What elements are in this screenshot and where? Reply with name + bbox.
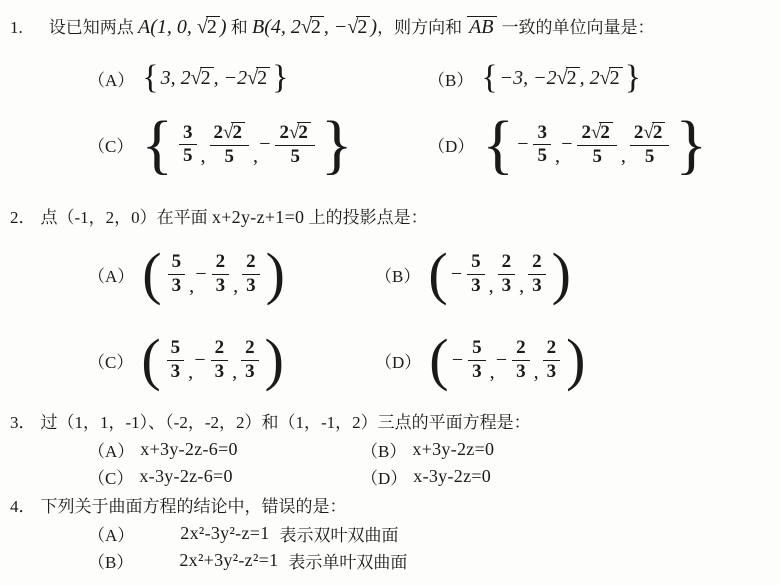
numerator: 5 (168, 252, 186, 275)
denominator: 5 (592, 146, 602, 168)
text-run: 2 (532, 252, 542, 273)
comma: , (253, 145, 258, 168)
option-a-description: 表示双叶双曲面 (280, 521, 399, 546)
text-run: 3 (516, 361, 526, 382)
option-a-equation: x+3y-2z-6=0 (140, 439, 238, 460)
question-1: 1.设已知两点 A(1, 0, √2) 和 B(4, 2√2, −√2)，则方向… (10, 6, 780, 185)
math-run: x+2y-z+1=0 (212, 207, 304, 227)
q2-option-a: （A） (53,−23,23) (88, 248, 375, 300)
math-italic-run: ) (220, 16, 227, 38)
denominator: 3 (472, 361, 482, 383)
option-c-formula: {35,2√25,−2√25} (139, 115, 354, 174)
text-run: 5 (592, 146, 602, 167)
square-root: √2 (223, 122, 245, 144)
fraction: 2√25 (577, 122, 616, 168)
radicand: 2 (231, 122, 245, 143)
big-delimiter: ( (427, 334, 450, 386)
square-root: √2 (600, 67, 623, 90)
option-d-label: （D） (428, 132, 474, 157)
fraction: 53 (167, 338, 185, 383)
numerator: 5 (467, 252, 485, 275)
option-d-label: （D） (375, 348, 421, 373)
question-2-stem-text: 点（-1，2，0）在平面 x+2y-z+1=0 上的投影点是： (41, 208, 428, 227)
q3-option-b: （B） x+3y-2z=0 (361, 437, 494, 462)
option-b-equation: 2x²+3y²-z²=1 (179, 550, 278, 571)
square-root: √2 (591, 122, 613, 144)
question-4-number: 4． (10, 497, 36, 516)
radicand: 2 (297, 122, 311, 143)
square-root: √2 (197, 6, 220, 48)
option-a-formula: (53,−23,23) (140, 248, 287, 300)
big-delimiter: } (270, 63, 290, 94)
numerator: 2√2 (577, 122, 616, 146)
text-run: 上的投影点是： (304, 208, 427, 227)
big-delimiter: } (319, 115, 355, 174)
q3-options-row-1: （A） x+3y-2z-6=0 （B） x+3y-2z=0 (10, 436, 780, 463)
option-b-description: 表示单叶双曲面 (288, 548, 407, 573)
fraction: 2√25 (210, 122, 249, 168)
radicand: 2 (566, 67, 580, 89)
option-c-label: （C） (88, 464, 133, 489)
option-d-equation: x-3y-2z=0 (413, 466, 491, 487)
square-root: √2 (301, 6, 324, 48)
big-delimiter: ) (264, 248, 287, 300)
radicand: 2 (310, 16, 324, 38)
text-run: 3 (471, 275, 481, 296)
q1-option-a: （A） {3, 2√2, −2√2} (88, 63, 428, 94)
comma: , (233, 275, 238, 298)
option-d-formula: (−53,−23,23) (427, 334, 587, 386)
math-italic-run: , 2 (580, 67, 600, 90)
option-b-formula: (−53,23,23) (426, 248, 573, 300)
option-b-label: （B） (361, 437, 406, 462)
big-delimiter: } (623, 63, 643, 94)
fraction: 23 (528, 252, 546, 297)
denominator: 5 (225, 146, 235, 168)
exam-page: 1.设已知两点 A(1, 0, √2) 和 B(4, 2√2, −√2)，则方向… (0, 0, 780, 585)
option-b-formula: {−3, −2√2, 2√2} (479, 63, 643, 94)
question-2-stem: 2．点（-1，2，0）在平面 x+2y-z+1=0 上的投影点是： (10, 203, 780, 232)
numerator: 2 (512, 338, 530, 361)
big-delimiter: { (139, 115, 175, 174)
text-run: 5 (472, 338, 482, 359)
q2-options-row-1: （A） (53,−23,23) （B） (−53,23,23) (10, 236, 780, 312)
big-delimiter: { (480, 115, 516, 174)
square-root: √2 (643, 122, 665, 144)
radicand: 2 (609, 67, 623, 89)
option-a-label: （A） (88, 521, 134, 546)
text-run: 5 (183, 145, 193, 166)
text-run: 5 (645, 146, 655, 167)
question-4-stem: 4．下列关于曲面方程的结论中，错误的是： (10, 494, 780, 520)
math-italic-run: −3, −2 (500, 67, 557, 90)
comma: , (189, 275, 194, 298)
numerator: 2 (242, 252, 260, 275)
option-c-equation: x-3y-2z-6=0 (139, 466, 232, 487)
text-run: 2 (246, 252, 256, 273)
fraction: 53 (168, 252, 186, 297)
numerator: 2 (498, 252, 516, 275)
option-c-formula: (53,−23,23) (139, 334, 286, 386)
square-root: √2 (247, 67, 270, 90)
text-run: 3 (472, 361, 482, 382)
numerator: 3 (533, 123, 551, 146)
q1-options-row-1: （A） {3, 2√2, −2√2} （B） {−3, −2√2, 2√2} (10, 51, 780, 105)
text-run: 5 (537, 145, 547, 166)
math-italic-run: 3, 2 (161, 67, 191, 90)
denominator: 3 (502, 275, 512, 297)
comma: , (534, 361, 539, 384)
text-run: 3 (172, 275, 182, 296)
q1-options-row-2: （C） {35,2√25,−2√25} （D） {−35,−2√25,2√25} (10, 105, 780, 185)
radicand: 2 (599, 122, 613, 143)
big-delimiter: ) (550, 248, 573, 300)
question-3: 3．过（1，1，-1）、（-2，-2，2）和（1，-1，2）三点的平面方程是： … (10, 410, 780, 490)
fraction: 2√25 (630, 122, 669, 168)
math-italic-run: − (450, 263, 464, 286)
q1-option-b: （B） {−3, −2√2, 2√2} (428, 63, 643, 94)
denominator: 3 (532, 275, 542, 297)
big-delimiter: ) (564, 334, 587, 386)
fraction: 2√25 (275, 122, 314, 168)
big-delimiter: ( (426, 248, 449, 300)
option-b-label: （B） (428, 66, 473, 91)
q2-option-c: （C） (53,−23,23) (88, 334, 375, 386)
q1-option-d: （D） {−35,−2√25,2√25} (428, 115, 709, 174)
denominator: 3 (215, 361, 225, 383)
question-1-stem-text: 设已知两点 A(1, 0, √2) 和 B(4, 2√2, −√2)，则方向和A… (49, 18, 655, 37)
square-root: √2 (289, 122, 311, 144)
text-run: 2 (502, 252, 512, 273)
math-italic-run: − (194, 263, 208, 286)
question-2: 2．点（-1，2，0）在平面 x+2y-z+1=0 上的投影点是： （A） (5… (10, 203, 780, 398)
comma: , (555, 145, 560, 168)
question-1-stem: 1.设已知两点 A(1, 0, √2) 和 B(4, 2√2, −√2)，则方向… (10, 6, 780, 49)
text-run: 3 (547, 361, 557, 382)
text-run: 3 (502, 275, 512, 296)
numerator: 2 (211, 338, 229, 361)
text-run: 2 (245, 338, 255, 359)
big-delimiter: ( (139, 334, 162, 386)
comma: , (201, 145, 206, 168)
numerator: 2 (212, 252, 230, 275)
question-1-number: 1. (10, 18, 23, 37)
fraction: 23 (543, 338, 561, 383)
option-a-label: （A） (88, 437, 134, 462)
option-c-label: （C） (88, 132, 133, 157)
denominator: 3 (245, 361, 255, 383)
fraction: 23 (242, 252, 260, 297)
q3-option-c: （C） x-3y-2z-6=0 (88, 464, 361, 489)
numerator: 2 (543, 338, 561, 361)
text-run: 2 (216, 252, 226, 273)
math-italic-run: , −2 (214, 67, 248, 90)
text-run: 过（1，1，-1）、（-2，-2，2）和（1，-1，2）三点的平面方程是： (41, 413, 531, 432)
vector-overline: AB (467, 16, 496, 38)
square-root: √2 (191, 67, 214, 90)
comma: , (232, 361, 237, 384)
text-run: 5 (225, 146, 235, 167)
text-run: 2 (516, 338, 526, 359)
text-run: 2 (214, 123, 224, 144)
numerator: 2 (528, 252, 546, 275)
text-run: 3 (216, 275, 226, 296)
q2-option-b: （B） (−53,23,23) (375, 248, 573, 300)
option-d-formula: {−35,−2√25,2√25} (480, 115, 709, 174)
math-italic-run: − (516, 133, 530, 156)
q2-option-d: （D） (−53,−23,23) (375, 334, 587, 386)
comma: , (188, 361, 193, 384)
text-run: 下列关于曲面方程的结论中，错误的是： (41, 497, 347, 516)
text-run: 2 (547, 338, 557, 359)
numerator: 2√2 (210, 122, 249, 146)
square-root: √2 (557, 67, 580, 90)
big-delimiter: ) (263, 334, 286, 386)
denominator: 5 (290, 146, 300, 168)
text-run: 2 (215, 338, 225, 359)
q3-option-a: （A） x+3y-2z-6=0 (88, 437, 361, 462)
q4-option-b: （B） 2x²+3y²-z²=1 表示单叶双曲面 (10, 547, 780, 574)
math-italic-run: − (495, 349, 509, 372)
fraction: 35 (179, 123, 197, 168)
denominator: 3 (471, 275, 481, 297)
question-3-stem-text: 过（1，1，-1）、（-2，-2，2）和（1，-1，2）三点的平面方程是： (41, 413, 531, 432)
radicand: 2 (256, 67, 270, 89)
denominator: 5 (183, 145, 193, 167)
text-run: 3 (215, 361, 225, 382)
fraction: 23 (498, 252, 516, 297)
option-a-label: （A） (88, 262, 134, 287)
denominator: 5 (537, 145, 547, 167)
denominator: 3 (516, 361, 526, 383)
option-a-equation: 2x²-3y²-z=1 (180, 523, 269, 544)
fraction: 23 (212, 252, 230, 297)
text-run: 3 (245, 361, 255, 382)
numerator: 2√2 (630, 122, 669, 146)
math-italic-run: − (193, 349, 207, 372)
option-b-label: （B） (375, 262, 420, 287)
text-run: 3 (171, 361, 181, 382)
q4-option-a: （A） 2x²-3y²-z=1 表示双叶双曲面 (10, 520, 780, 547)
numerator: 2√2 (275, 122, 314, 146)
big-delimiter: } (673, 115, 709, 174)
text-run: 5 (171, 338, 181, 359)
text-run: 3 (537, 123, 547, 144)
text-run: 5 (172, 252, 182, 273)
denominator: 5 (645, 146, 655, 168)
numerator: 3 (179, 123, 197, 146)
math-italic-run: , − (324, 16, 348, 38)
text-run: 3 (246, 275, 256, 296)
fraction: 23 (241, 338, 259, 383)
question-2-number: 2． (10, 208, 36, 227)
numerator: 2 (241, 338, 259, 361)
comma: , (489, 275, 494, 298)
text-run: 2 (634, 123, 644, 144)
denominator: 3 (246, 275, 256, 297)
radicand: 2 (356, 16, 370, 38)
text-run: 一致的单位向量是： (502, 18, 655, 37)
big-delimiter: ( (140, 248, 163, 300)
radicand: 2 (200, 67, 214, 89)
q3-option-d: （D） x-3y-2z=0 (361, 464, 491, 489)
math-italic-run: − (560, 133, 574, 156)
question-3-number: 3． (10, 413, 36, 432)
text-run: 3 (532, 275, 542, 296)
question-4-stem-text: 下列关于曲面方程的结论中，错误的是： (41, 497, 347, 516)
text-run: 设已知两点 (49, 18, 138, 37)
question-4: 4．下列关于曲面方程的结论中，错误的是： （A） 2x²-3y²-z=1 表示双… (10, 494, 780, 574)
denominator: 3 (216, 275, 226, 297)
text-run: 5 (290, 146, 300, 167)
text-run: 和 (227, 18, 253, 37)
text-run: 2 (279, 123, 289, 144)
big-delimiter: { (140, 63, 160, 94)
fraction: 53 (468, 338, 486, 383)
text-run: 2 (581, 123, 591, 144)
denominator: 3 (172, 275, 182, 297)
denominator: 3 (547, 361, 557, 383)
text-run: 3 (183, 123, 193, 144)
text-run: ，则方向和 (377, 18, 462, 37)
radicand: 2 (206, 16, 220, 38)
comma: , (519, 275, 524, 298)
option-a-label: （A） (88, 66, 134, 91)
denominator: 3 (171, 361, 181, 383)
math-italic-run: A(1, 0, (138, 16, 197, 38)
numerator: 5 (167, 338, 185, 361)
square-root: √2 (347, 6, 370, 48)
fraction: 53 (467, 252, 485, 297)
fraction: 23 (211, 338, 229, 383)
text-run: 点（-1，2，0）在平面 (41, 208, 212, 227)
fraction: 35 (533, 123, 551, 168)
comma: , (621, 145, 626, 168)
text-run: 5 (471, 252, 481, 273)
big-delimiter: { (479, 63, 499, 94)
fraction: 23 (512, 338, 530, 383)
radicand: 2 (652, 122, 666, 143)
math-italic-run: B(4, 2 (252, 16, 301, 38)
math-italic-run: − (258, 133, 272, 156)
option-a-formula: {3, 2√2, −2√2} (140, 63, 290, 94)
question-3-stem: 3．过（1，1，-1）、（-2，-2，2）和（1，-1，2）三点的平面方程是： (10, 410, 780, 436)
numerator: 5 (468, 338, 486, 361)
q2-options-row-2: （C） (53,−23,23) （D） (−53,−23,23) (10, 322, 780, 398)
q1-option-c: （C） {35,2√25,−2√25} (88, 115, 428, 174)
comma: , (490, 361, 495, 384)
math-italic-run: − (451, 349, 465, 372)
q3-options-row-2: （C） x-3y-2z-6=0 （D） x-3y-2z=0 (10, 463, 780, 490)
option-c-label: （C） (88, 348, 133, 373)
option-b-label: （B） (88, 548, 133, 573)
option-d-label: （D） (361, 464, 407, 489)
option-b-equation: x+3y-2z=0 (412, 439, 494, 460)
